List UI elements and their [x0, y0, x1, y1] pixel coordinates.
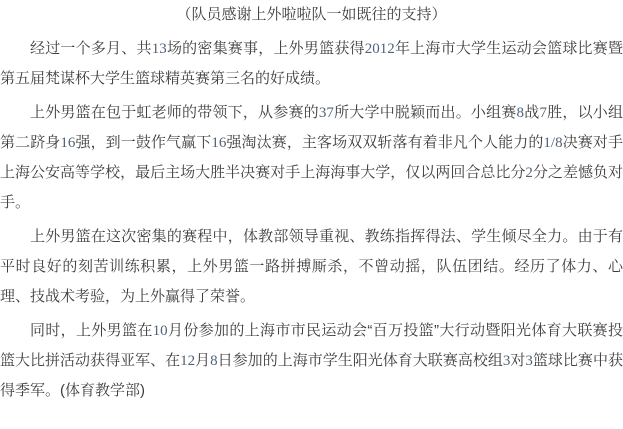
inline-number: 2012 [365, 41, 395, 57]
inline-number: 37 [319, 105, 334, 121]
inline-number: 2 [525, 165, 533, 181]
inline-number: 1/8 [543, 135, 562, 151]
inline-number: 7 [539, 105, 547, 121]
paragraph-results: 经过一个多月、共13场的密集赛事，上外男篮获得2012年上海市大学生运动会篮球比… [0, 34, 623, 94]
inline-number: 16 [60, 135, 75, 151]
paragraph-other-awards: 同时，上外男篮在10月份参加的上海市市民运动会“百万投篮”大行动暨阳光体育大联赛… [0, 316, 623, 406]
inline-number: 8 [517, 105, 525, 121]
paragraph-tournament-run: 上外男篮在包于虹老师的带领下，从参赛的37所大学中脱颖而出。小组赛8战7胜，以小… [0, 98, 623, 218]
inline-number: 12 [180, 353, 195, 369]
paragraph-team-spirit: 上外男篮在这次密集的赛程中，体教部领导重视、教练指挥得法、学生倾尽全力。由于有平… [0, 222, 623, 312]
inline-number: 8 [210, 353, 218, 369]
inline-number: 16 [211, 135, 226, 151]
caption-line: （队员感谢上外啦啦队一如既往的支持） [0, 0, 623, 30]
article-page: （队员感谢上外啦啦队一如既往的支持） 经过一个多月、共13场的密集赛事，上外男篮… [0, 0, 623, 429]
inline-number: 10 [153, 323, 168, 339]
inline-number: 3 [503, 353, 511, 369]
inline-number: 13 [152, 41, 167, 57]
inline-number: 3 [525, 353, 533, 369]
